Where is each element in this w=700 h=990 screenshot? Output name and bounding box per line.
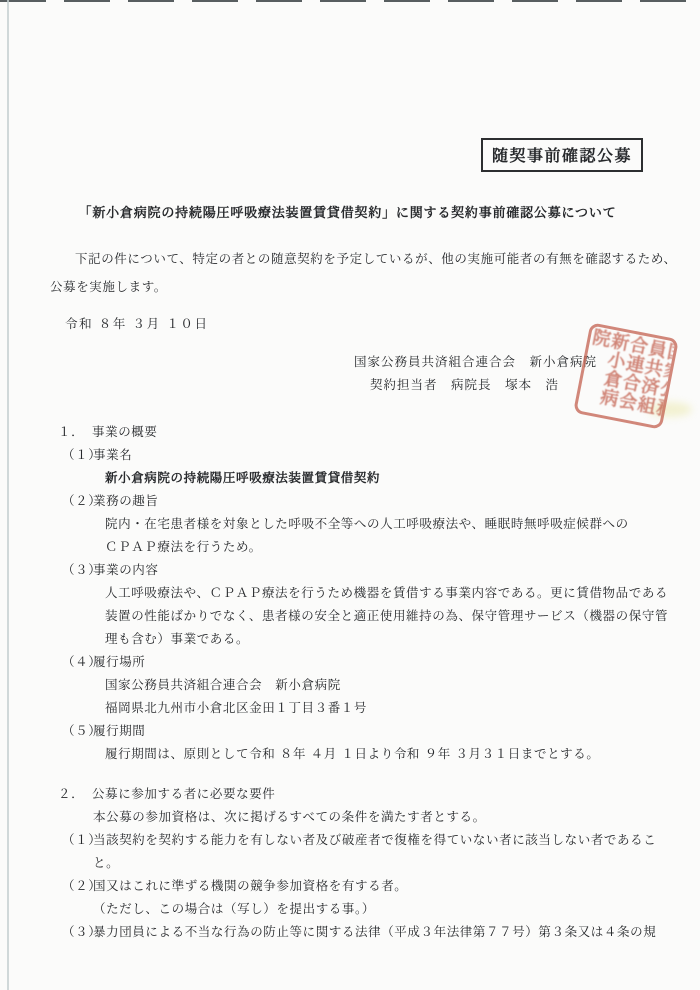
item5-number: （５）: [50, 719, 93, 742]
item4-heading: （４） 履行場所: [50, 650, 645, 673]
document-content: 随契事前確認公募 「新小倉病院の持続陽圧呼吸療法装置賃貸借契約」に関する契約事前…: [50, 0, 645, 943]
item4-number: （４）: [50, 650, 93, 673]
list-item: （３） 暴力団員による不当な行為の防止等に関する法律（平成３年法律第７７号）第３…: [50, 920, 645, 943]
req1-body: 当該契約を契約する能力を有しない者及び破産者で復権を得ていない者に該当しない者で…: [93, 828, 656, 874]
item1-body: 新小倉病院の持続陽圧呼吸療法装置賃貸借契約: [50, 466, 645, 489]
issuer-block: 国家公務員共済組合連合会 新小倉病院 契約担当者 病院長 塚本 浩 国家公務員共…: [50, 350, 645, 396]
intro-line: 下記の件について、特定の者との随意契約を予定しているが、他の実施可能者の有無を確…: [50, 245, 645, 273]
body-line: と。: [93, 851, 656, 874]
intro-line: 公募を実施します。: [50, 273, 645, 301]
section1-heading: １． 事業の概要: [50, 420, 645, 443]
section-participation-requirements: ２． 公募に参加する者に必要な要件 本公募の参加資格は、次に掲げるすべての条件を…: [50, 782, 645, 943]
section2-number: ２．: [50, 782, 92, 805]
item1-number: （１）: [50, 443, 93, 466]
intro-paragraph: 下記の件について、特定の者との随意契約を予定しているが、他の実施可能者の有無を確…: [50, 245, 645, 301]
issuer-organization: 国家公務員共済組合連合会 新小倉病院: [50, 350, 645, 373]
section2-intro: 本公募の参加資格は、次に掲げるすべての条件を満たす者とする。: [50, 805, 645, 828]
item5-body: 履行期間は、原則として令和 ８年 ４月 １日より令和 ９年 ３月３１日までとする…: [50, 742, 645, 765]
document-title: 「新小倉病院の持続陽圧呼吸療法装置賃貸借契約」に関する契約事前確認公募について: [50, 202, 645, 221]
official-red-seal: 国家公務員共済組合連合会新小倉病院: [573, 322, 679, 429]
req3-number: （３）: [50, 920, 93, 943]
issue-date: 令和 ８年 ３月 １０日: [50, 314, 645, 332]
item3-number: （３）: [50, 558, 93, 581]
req3-body: 暴力団員による不当な行為の防止等に関する法律（平成３年法律第７７号）第３条又は４…: [93, 920, 656, 943]
section2-title: 公募に参加する者に必要な要件: [92, 782, 275, 805]
body-line: 国又はこれに準ずる機関の競争参加資格を有する者。: [93, 874, 645, 897]
body-line: 暴力団員による不当な行為の防止等に関する法律（平成３年法律第７７号）第３条又は４…: [93, 920, 656, 943]
item1-title: 事業名: [93, 443, 132, 466]
item2-title: 業務の趣旨: [93, 489, 159, 512]
item4-title: 履行場所: [93, 650, 145, 673]
item3-title: 事業の内容: [93, 558, 159, 581]
body-line: 院内・在宅患者様を対象とした呼吸不全等への人工呼吸療法や、睡眠時無呼吸症候群への: [105, 512, 645, 535]
list-item: （１） 事業名 新小倉病院の持続陽圧呼吸療法装置賃貸借契約: [50, 443, 645, 489]
body-line: （ただし、この場合は（写し）を提出する事。）: [93, 897, 645, 920]
body-line: 履行期間は、原則として令和 ８年 ４月 １日より令和 ９年 ３月３１日までとする…: [105, 742, 645, 765]
item2-body: 院内・在宅患者様を対象とした呼吸不全等への人工呼吸療法や、睡眠時無呼吸症候群への…: [50, 512, 645, 558]
body-line: ＣＰＡＰ療法を行うため。: [105, 535, 645, 558]
section1-number: １．: [50, 420, 92, 443]
item3-heading: （３） 事業の内容: [50, 558, 645, 581]
item2-number: （２）: [50, 489, 93, 512]
project-name: 新小倉病院の持続陽圧呼吸療法装置賃貸借契約: [105, 466, 645, 489]
body-line: 福岡県北九州市小倉北区金田１丁目３番１号: [105, 696, 645, 719]
list-item: （１） 当該契約を契約する能力を有しない者及び破産者で復権を得ていない者に該当し…: [50, 828, 645, 874]
item2-heading: （２） 業務の趣旨: [50, 489, 645, 512]
item5-title: 履行期間: [93, 719, 145, 742]
list-item: （４） 履行場所 国家公務員共済組合連合会 新小倉病院 福岡県北九州市小倉北区金…: [50, 650, 645, 719]
seal-text: 国家公務員共済組合連合会新小倉病院: [577, 325, 679, 425]
section2-heading: ２． 公募に参加する者に必要な要件: [50, 782, 645, 805]
body-line: 人工呼吸療法や、ＣＰＡＰ療法を行うため機器を賃借する事業内容である。更に賃借物品…: [105, 581, 645, 604]
item4-body: 国家公務員共済組合連合会 新小倉病院 福岡県北九州市小倉北区金田１丁目３番１号: [50, 673, 645, 719]
body-line: 装置の性能ばかりでなく、患者様の安全と適正使用維持の為、保守管理サービス（機器の…: [105, 604, 645, 627]
req2-number: （２）: [50, 874, 93, 920]
body-line: 理も含む）事業である。: [105, 627, 645, 650]
list-item: （２） 業務の趣旨 院内・在宅患者様を対象とした呼吸不全等への人工呼吸療法や、睡…: [50, 489, 645, 558]
section1-title: 事業の概要: [92, 420, 158, 443]
req1-number: （１）: [50, 828, 93, 874]
item5-heading: （５） 履行期間: [50, 719, 645, 742]
list-item: （２） 国又はこれに準ずる機関の競争参加資格を有する者。 （ただし、この場合は（…: [50, 874, 645, 920]
scan-edge-left-artifact: [7, 0, 9, 990]
list-item: （５） 履行期間 履行期間は、原則として令和 ８年 ４月 １日より令和 ９年 ３…: [50, 719, 645, 765]
item1-heading: （１） 事業名: [50, 443, 645, 466]
body-line: 国家公務員共済組合連合会 新小倉病院: [105, 673, 645, 696]
section-business-overview: １． 事業の概要 （１） 事業名 新小倉病院の持続陽圧呼吸療法装置賃貸借契約 （…: [50, 420, 645, 765]
notice-type-box: 随契事前確認公募: [481, 138, 643, 172]
scanned-document: { "doc": { "stamp_box": "随契事前確認公募", "tit…: [0, 0, 700, 990]
list-item: （３） 事業の内容 人工呼吸療法や、ＣＰＡＰ療法を行うため機器を賃借する事業内容…: [50, 558, 645, 650]
notice-type-row: 随契事前確認公募: [50, 138, 645, 172]
body-line: 当該契約を契約する能力を有しない者及び破産者で復権を得ていない者に該当しない者で…: [93, 828, 656, 851]
issuer-contract-officer: 契約担当者 病院長 塚本 浩: [50, 373, 645, 396]
req2-body: 国又はこれに準ずる機関の競争参加資格を有する者。 （ただし、この場合は（写し）を…: [93, 874, 645, 920]
item3-body: 人工呼吸療法や、ＣＰＡＰ療法を行うため機器を賃借する事業内容である。更に賃借物品…: [50, 581, 645, 650]
